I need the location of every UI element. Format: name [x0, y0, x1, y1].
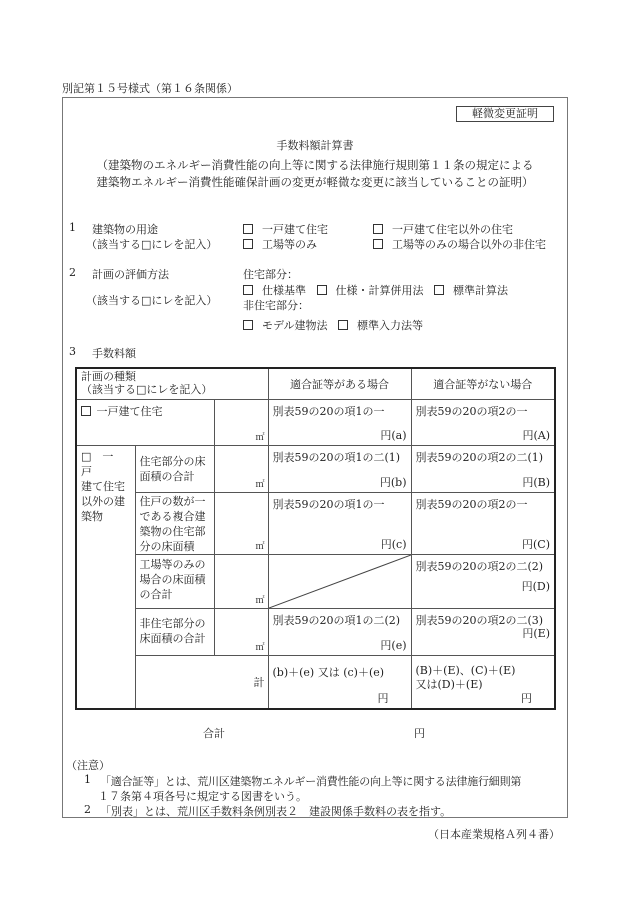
checkbox[interactable] — [373, 224, 383, 234]
fee-reference: 別表59の20の項1の二(2) — [273, 614, 401, 627]
area-unit: ㎡ — [255, 477, 264, 490]
subtotal-formula-line: 又は(D)＋(E) — [416, 678, 551, 692]
subtitle-line-1: （建築物のエネルギー消費性能の向上等に関する法律施行規則第１１条の規定による — [0, 157, 630, 173]
table-row-detached: 一戸建て住宅 ㎡ 別表59の20の項1の一 円(a) 別表59の20の項2の一 … — [76, 399, 555, 445]
header-type-line2: （該当する□にレを記入） — [81, 383, 264, 396]
fee-reference: 別表59の20の項1の一 — [273, 498, 385, 511]
option-label: 仕様基準 — [262, 284, 306, 297]
use-option-other-residential[interactable]: 一戸建て住宅以外の住宅 — [373, 221, 513, 237]
option-label: 工場等のみ — [262, 238, 317, 251]
table-row-factory-only: 工場等のみの 場合の床面積 の合計 ㎡ 別表59の20の項2の二(2) 円(D) — [76, 554, 555, 608]
fee-reference: 別表59の20の項2の一 — [416, 405, 528, 418]
section3-number: 3 — [69, 345, 76, 358]
area-input[interactable]: ㎡ — [214, 554, 268, 608]
group-label-line: 築物 — [81, 509, 131, 524]
yen-label: 円(E) — [522, 625, 550, 641]
header-with-cert: 適合証等がある場合 — [268, 368, 411, 399]
paper-size-footer: （日本産業規格Ａ列４番） — [428, 826, 560, 842]
label-line: 工場等のみの — [140, 557, 210, 572]
row-label: 住宅部分の床 面積の合計 — [135, 445, 214, 492]
diagonal-strike-line — [269, 555, 411, 608]
table-row-non-residential: 非住宅部分の 床面積の合計 ㎡ 別表59の20の項1の二(2) 円(e) 別表5… — [76, 608, 555, 655]
label-line: 住戸の数が一 — [140, 494, 210, 509]
fee-reference: 別表59の20の項1の一 — [273, 405, 385, 418]
with-fee[interactable]: 別表59の20の項1の二(1) 円(b) — [268, 445, 411, 492]
header-without-cert: 適合証等がない場合 — [411, 368, 555, 399]
checkbox-spec-standard[interactable] — [243, 285, 253, 295]
area-unit: ㎡ — [255, 640, 264, 653]
label-line: 分の床面積 — [140, 539, 210, 554]
subtotal-formula-line: (B)＋(E)、(C)＋(E) — [416, 664, 551, 678]
fee-reference: 別表59の20の項2の二(2) — [416, 560, 544, 573]
label-line: の合計 — [140, 587, 210, 602]
row-label: 非住宅部分の 床面積の合計 — [135, 608, 214, 655]
fee-reference: 別表59の20の項2の一 — [416, 498, 528, 511]
group-label-line: 建て住宅 — [81, 479, 131, 494]
note-2-line1: 「別表」とは、荒川区手数料条例別表２ 建設関係手数料の表を指す。 — [100, 803, 451, 819]
subtitle-line-2: 建築物エネルギー消費性能確保計画の変更が軽微な変更に該当していることの証明） — [0, 174, 630, 190]
area-unit: ㎡ — [255, 593, 264, 606]
group-label-line: 以外の建 — [81, 494, 131, 509]
yen-label: 円 — [378, 690, 389, 706]
option-label: 工場等のみの場合以外の非住宅 — [392, 238, 546, 251]
yen-label: 円(c) — [381, 536, 407, 552]
total-label: 合計 — [203, 725, 225, 741]
label-line: 非住宅部分の — [140, 616, 210, 631]
note-1-line2: １７条第４項各号に規定する図書をいう。 — [98, 788, 307, 804]
note-1-line1: 「適合証等」とは、荒川区建築物エネルギー消費性能の向上等に関する法律施行細則第 — [100, 773, 521, 789]
checkbox[interactable] — [243, 239, 253, 249]
yen-label: 円 — [521, 692, 532, 706]
total-yen: 円 — [414, 725, 425, 741]
detached-without-fee[interactable]: 別表59の20の項2の一 円(A) — [411, 399, 555, 445]
checkbox[interactable] — [373, 239, 383, 249]
fee-table: 計画の種類 （該当する□にレを記入） 適合証等がある場合 適合証等がない場合 一… — [75, 367, 556, 710]
minor-change-badge: 軽微変更証明 — [456, 106, 554, 122]
group-label-cell[interactable]: □ 一 戸 建て住宅 以外の建 築物 — [76, 445, 135, 709]
yen-label: 円(e) — [380, 637, 406, 653]
detached-label-cell[interactable]: 一戸建て住宅 — [76, 399, 214, 445]
yen-label: 円(a) — [380, 427, 406, 443]
option-label: 標準計算法 — [453, 284, 508, 297]
without-fee[interactable]: 別表59の20の項2の二(1) 円(B) — [411, 445, 555, 492]
section1-number: 1 — [69, 221, 76, 234]
option-label: 一戸建て住宅以外の住宅 — [392, 223, 513, 236]
yen-label: 円(B) — [522, 474, 550, 490]
document-title: 手数料額計算書 — [0, 137, 630, 153]
yen-label: 円(C) — [522, 536, 550, 552]
label-line: 場合の床面積 — [140, 572, 210, 587]
area-input[interactable]: ㎡ — [214, 492, 268, 554]
row-label: 住戸の数が一 である複合建 築物の住宅部 分の床面積 — [135, 492, 214, 554]
residential-label: 住宅部分： — [243, 266, 298, 282]
option-label: 一戸建て住宅 — [262, 223, 328, 236]
header-type-line1: 計画の種類 — [81, 370, 264, 383]
without-fee[interactable]: 別表59の20の項2の二(2) 円(D) — [411, 554, 555, 608]
row-label: 工場等のみの 場合の床面積 の合計 — [135, 554, 214, 608]
use-option-non-residential[interactable]: 工場等のみの場合以外の非住宅 — [373, 236, 546, 252]
checkbox-standard-calc[interactable] — [434, 285, 444, 295]
yen-label: 円(D) — [522, 578, 550, 594]
detached-label: 一戸建て住宅 — [97, 405, 163, 418]
section2-number: 2 — [69, 266, 76, 279]
section2-note: （該当する□にレを記入） — [86, 292, 217, 308]
header-row: 計画の種類 （該当する□にレを記入） 適合証等がある場合 適合証等がない場合 — [76, 368, 555, 399]
note-1-number: 1 — [84, 773, 91, 786]
checkbox-model-building[interactable] — [243, 320, 253, 330]
section1-note: （該当する□にレを記入） — [86, 236, 217, 252]
label-line: 住宅部分の床 — [140, 454, 210, 469]
area-input[interactable]: ㎡ — [214, 445, 268, 492]
option-label: モデル建物法 — [262, 319, 327, 332]
subtotal-with-cert[interactable]: (b)＋(e) 又は (c)＋(e) 円 — [268, 655, 411, 709]
group-label-line: □ 一 戸 — [81, 449, 131, 479]
with-fee-not-applicable — [268, 554, 411, 608]
section1-label: 建築物の用途 — [92, 221, 158, 237]
checkbox[interactable] — [81, 406, 91, 416]
form-label: 別記第１５号様式（第１６条関係） — [62, 80, 238, 96]
label-line: である複合建 — [140, 509, 210, 524]
subtotal-formula: (b)＋(e) 又は (c)＋(e) — [273, 666, 385, 679]
subtotal-without-cert[interactable]: (B)＋(E)、(C)＋(E) 又は(D)＋(E) 円 — [411, 655, 555, 709]
nonresidential-options: モデル建物法 標準入力法等 — [243, 317, 423, 333]
without-fee[interactable]: 別表59の20の項2の一 円(C) — [411, 492, 555, 554]
label-line: 築物の住宅部 — [140, 524, 210, 539]
with-fee[interactable]: 別表59の20の項1の二(2) 円(e) — [268, 608, 411, 655]
area-input[interactable]: ㎡ — [214, 608, 268, 655]
area-unit: ㎡ — [255, 430, 264, 443]
use-option-detached[interactable]: 一戸建て住宅 — [243, 221, 328, 237]
with-fee[interactable]: 別表59の20の項1の一 円(c) — [268, 492, 411, 554]
subtotal-label-cell: 計 — [135, 655, 268, 709]
notes-heading: （注意） — [66, 757, 110, 773]
option-label: 標準入力法等 — [357, 319, 423, 332]
label-line: 面積の合計 — [140, 469, 210, 484]
table-row-mixed-residential: 住戸の数が一 である複合建 築物の住宅部 分の床面積 ㎡ 別表59の20の項1の… — [76, 492, 555, 554]
table-row-residential-area: □ 一 戸 建て住宅 以外の建 築物 住宅部分の床 面積の合計 ㎡ 別表59の2… — [76, 445, 555, 492]
checkbox[interactable] — [243, 224, 253, 234]
use-option-factory-only[interactable]: 工場等のみ — [243, 236, 317, 252]
detached-with-fee[interactable]: 別表59の20の項1の一 円(a) — [268, 399, 411, 445]
checkbox-standard-input[interactable] — [338, 320, 348, 330]
yen-label: 円(b) — [380, 474, 407, 490]
option-label: 仕様・計算併用法 — [336, 284, 424, 297]
note-2-number: 2 — [84, 803, 91, 816]
fee-reference: 別表59の20の項1の二(1) — [273, 451, 401, 464]
checkbox-spec-calc-combined[interactable] — [317, 285, 327, 295]
section2-label: 計画の評価方法 — [92, 266, 169, 282]
table-row-subtotal: 計 (b)＋(e) 又は (c)＋(e) 円 (B)＋(E)、(C)＋(E) 又… — [76, 655, 555, 709]
subtotal-label: 計 — [254, 676, 265, 689]
area-unit: ㎡ — [255, 539, 264, 552]
section3-label: 手数料額 — [92, 345, 136, 361]
fee-reference: 別表59の20の項2の二(1) — [416, 451, 544, 464]
nonresidential-label: 非住宅部分： — [243, 297, 309, 313]
header-plan-type: 計画の種類 （該当する□にレを記入） — [76, 368, 268, 399]
label-line: 床面積の合計 — [140, 631, 210, 646]
detached-area-input[interactable]: ㎡ — [214, 399, 268, 445]
residential-options: 仕様基準 仕様・計算併用法 標準計算法 — [243, 282, 508, 298]
without-fee[interactable]: 別表59の20の項2の二(3) 円(E) — [411, 608, 555, 655]
yen-label: 円(A) — [522, 427, 550, 443]
